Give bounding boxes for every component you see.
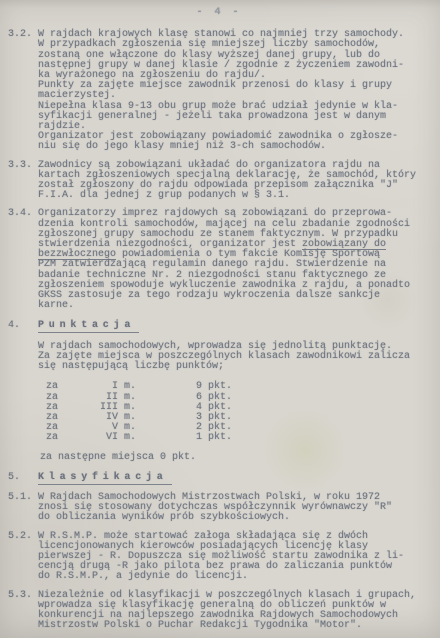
section-text: Zawodnicy są zobowiązani układać do orga… [38,161,430,202]
row-prefix: za [46,433,76,443]
section-heading-klasyfikacja: Klasyfikacja [38,472,172,485]
section-text-after-underline: powiadomienia o tym fakcie Komisję Sport… [38,249,410,311]
points-footer: za następne miejsca 0 pkt. [40,453,430,463]
points-row: zaVI m.1 pkt. [46,433,430,443]
points-row: zaV m.2 pkt. [46,423,430,433]
row-points: 1 pkt. [196,433,232,443]
section-text: W Rajdach Samochodowych Mistrzostwach Po… [38,493,430,524]
section-5-heading-row: 5. Klasyfikacja [8,473,430,483]
section-heading-punktacja: Punktacja [38,320,139,333]
indent-spacer [8,342,38,463]
page-number: - 4 - [8,8,430,18]
section-number: 3.2. [8,30,38,152]
section-text: Niezależnie od klasyfikacji w poszczegól… [38,591,430,632]
section-number: 5.2. [8,532,38,583]
points-row: zaIII m.4 pkt. [46,403,430,413]
section-number: 3.3. [8,161,38,202]
section-5-2: 5.2. W R.S.M.P. może startować załoga sk… [8,532,430,583]
section-number: 3.4. [8,209,38,311]
points-row: zaI m.9 pkt. [46,382,430,392]
punktacja-content: W rajdach samochodowych, wprowadza się j… [38,342,430,463]
section-number: 4. [8,321,38,331]
section-5-1: 5.1. W Rajdach Samochodowych Mistrzostwa… [8,493,430,524]
row-place: VI m. [76,433,136,443]
section-5-3: 5.3. Niezależnie od klasyfikacji w poszc… [8,591,430,632]
section-3-4: 3.4. Organizatorzy imprez rajdowych są z… [8,209,430,311]
scanned-document-page: - 4 - 3.2. W rajdach krajowych klasę sta… [0,0,440,638]
row-place: I m. [76,382,136,392]
section-text: W rajdach krajowych klasę stanowi co naj… [38,30,430,152]
section-text: Organizatorzy imprez rajdowych są zobowi… [38,209,430,311]
points-table: zaI m.9 pkt. zaII m.6 pkt. zaIII m.4 pkt… [46,382,430,443]
row-points: 9 pkt. [196,382,232,392]
section-number: 5. [8,473,38,483]
section-3-2: 3.2. W rajdach krajowych klasę stanowi c… [8,30,430,152]
section-4-body: W rajdach samochodowych, wprowadza się j… [8,342,430,463]
punktacja-intro: W rajdach samochodowych, wprowadza się j… [38,342,430,373]
section-number: 5.3. [8,591,38,632]
points-row: zaIV m.3 pkt. [46,413,430,423]
section-4-heading-row: 4. Punktacja [8,321,430,331]
section-text: W R.S.M.P. może startować załoga składaj… [38,532,430,583]
section-number: 5.1. [8,493,38,524]
row-prefix: za [46,382,76,392]
section-3-3: 3.3. Zawodnicy są zobowiązani układać do… [8,161,430,202]
